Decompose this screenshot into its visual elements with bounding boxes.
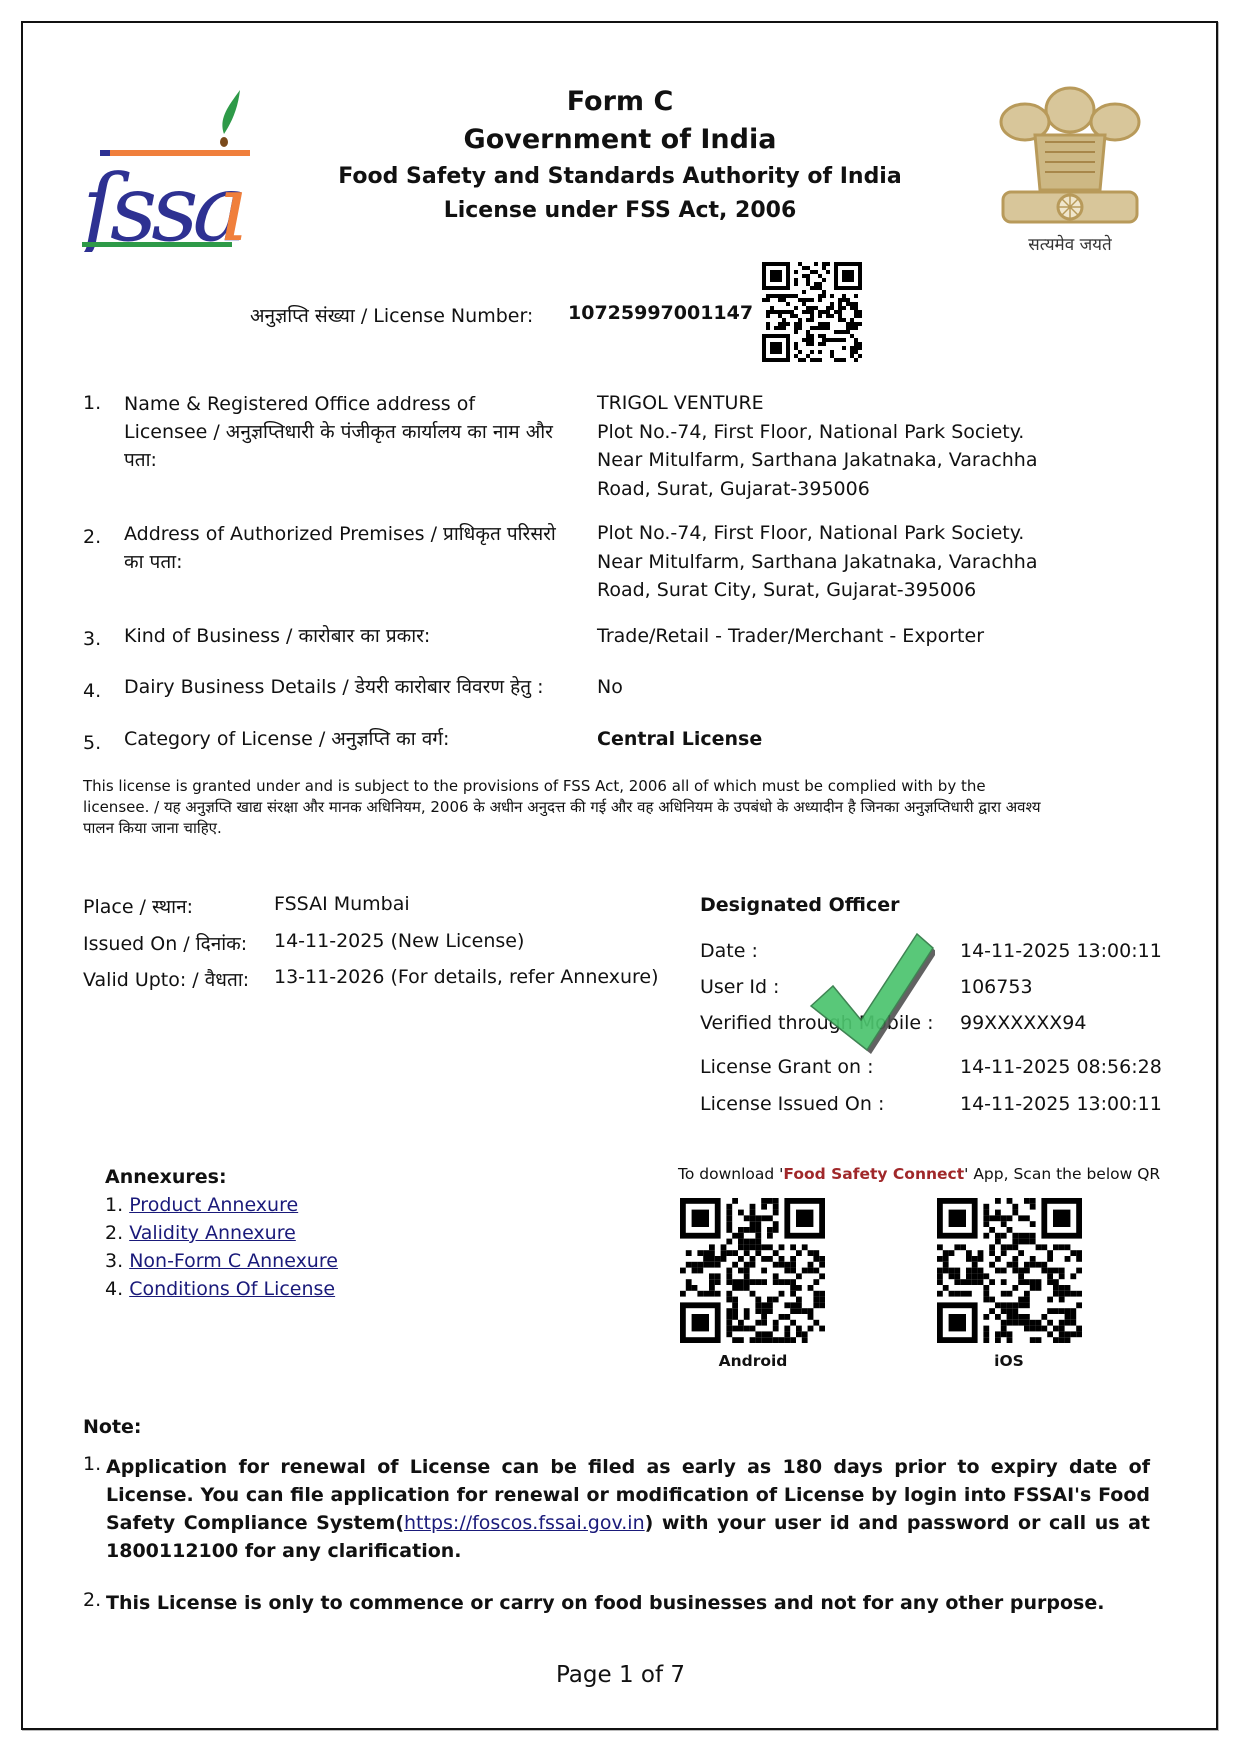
license-number: 10725997001147 <box>568 302 753 324</box>
annexure-num: 4. <box>105 1278 123 1300</box>
note-renewal: Application for renewal of License can b… <box>106 1453 1150 1565</box>
do-issued-value: 14-11-2025 13:00:11 <box>960 1093 1162 1115</box>
licensee-name: TRIGOL VENTURE <box>597 389 1077 418</box>
do-grant-value: 14-11-2025 08:56:28 <box>960 1056 1162 1078</box>
place-value: FSSAI Mumbai <box>274 893 410 915</box>
note-title: Note: <box>83 1416 142 1438</box>
form-title: Form C <box>320 86 920 117</box>
issued-on-label: Issued On / दिनांक: <box>83 930 247 956</box>
detail-num-3: 3. <box>83 628 101 650</box>
note-num-1: 1. <box>83 1453 101 1475</box>
android-label: Android <box>678 1352 828 1370</box>
address-line: Road, Surat City, Surat, Gujarat-395006 <box>597 576 1077 605</box>
detail-value-business-kind: Trade/Retail - Trader/Merchant - Exporte… <box>597 622 1077 651</box>
ios-label: iOS <box>934 1352 1084 1370</box>
annexure-item: 3. Non-Form C Annexure <box>105 1250 338 1272</box>
detail-value-licensee: TRIGOL VENTURE Plot No.-74, First Floor,… <box>597 389 1077 503</box>
act-title: License under FSS Act, 2006 <box>320 198 920 223</box>
address-line: Road, Surat, Gujarat-395006 <box>597 475 1077 504</box>
detail-num-1: 1. <box>83 392 101 414</box>
do-date-value: 14-11-2025 13:00:11 <box>960 940 1162 962</box>
detail-value-dairy: No <box>597 673 1077 702</box>
detail-label-dairy: Dairy Business Details / डेयरी कारोबार व… <box>124 673 584 701</box>
address-line: Plot No.-74, First Floor, National Park … <box>597 519 1077 548</box>
valid-upto-label: Valid Upto: / वैधता: <box>83 966 249 992</box>
address-line: Near Mitulfarm, Sarthana Jakatnaka, Vara… <box>597 548 1077 577</box>
caption-prefix: To download ' <box>678 1165 783 1183</box>
detail-label-business-kind: Kind of Business / कारोबार का प्रकार: <box>124 622 564 650</box>
do-date-label: Date : <box>700 940 758 962</box>
ios-qr-code[interactable] <box>937 1198 1082 1343</box>
verified-check-icon <box>795 920 935 1065</box>
caption-suffix: ' App, Scan the below QR <box>964 1165 1160 1183</box>
product-annexure-link[interactable]: Product Annexure <box>129 1194 298 1216</box>
detail-value-premises: Plot No.-74, First Floor, National Park … <box>597 519 1077 605</box>
national-emblem: सत्यमेव जयते <box>985 80 1155 255</box>
license-number-label: अनुज्ञप्ति संख्या / License Number: <box>250 302 533 328</box>
fssai-logo: ſssa ı <box>80 82 250 252</box>
detail-label-category: Category of License / अनुज्ञप्ति का वर्ग… <box>124 725 564 753</box>
detail-num-4: 4. <box>83 680 101 702</box>
authority-title: Food Safety and Standards Authority of I… <box>320 164 920 189</box>
address-line: Near Mitulfarm, Sarthana Jakatnaka, Vara… <box>597 446 1077 475</box>
do-user-id-value: 106753 <box>960 976 1033 998</box>
valid-upto-value: 13-11-2026 (For details, refer Annexure) <box>274 966 659 988</box>
place-label: Place / स्थान: <box>83 893 193 919</box>
note-purpose: This License is only to commence or carr… <box>106 1589 1150 1617</box>
non-form-c-annexure-link[interactable]: Non-Form C Annexure <box>129 1250 338 1272</box>
page-number: Page 1 of 7 <box>0 1662 1241 1688</box>
annexure-num: 2. <box>105 1222 123 1244</box>
license-qr-code[interactable] <box>762 262 862 362</box>
svg-text:ı: ı <box>218 155 247 252</box>
detail-num-5: 5. <box>83 732 101 754</box>
note-num-2: 2. <box>83 1589 101 1611</box>
annexure-item: 2. Validity Annexure <box>105 1222 296 1244</box>
foscos-link[interactable]: https://foscos.fssai.gov.in <box>404 1512 645 1534</box>
app-name: Food Safety Connect <box>783 1165 964 1183</box>
annexure-item: 4. Conditions Of License <box>105 1278 335 1300</box>
annexure-num: 1. <box>105 1194 123 1216</box>
annexure-item: 1. Product Annexure <box>105 1194 298 1216</box>
annexures-title: Annexures: <box>105 1166 227 1188</box>
do-user-id-label: User Id : <box>700 976 779 998</box>
do-mobile-value: 99XXXXXX94 <box>960 1012 1086 1034</box>
license-disclaimer: This license is granted under and is sub… <box>83 776 1043 839</box>
designated-officer-title: Designated Officer <box>700 894 899 916</box>
annexure-num: 3. <box>105 1250 123 1272</box>
validity-annexure-link[interactable]: Validity Annexure <box>129 1222 296 1244</box>
detail-label-premises: Address of Authorized Premises / प्राधिक… <box>124 520 564 576</box>
conditions-of-license-link[interactable]: Conditions Of License <box>129 1278 335 1300</box>
do-issued-label: License Issued On : <box>700 1093 884 1115</box>
emblem-motto: सत्यमेव जयते <box>985 232 1155 255</box>
app-download-caption: To download 'Food Safety Connect' App, S… <box>678 1165 1160 1183</box>
address-line: Plot No.-74, First Floor, National Park … <box>597 418 1077 447</box>
issued-on-value: 14-11-2025 (New License) <box>274 930 524 952</box>
detail-value-category: Central License <box>597 725 1077 754</box>
detail-num-2: 2. <box>83 526 101 548</box>
android-qr-code[interactable] <box>680 1198 825 1343</box>
detail-label-licensee: Name & Registered Office address of Lice… <box>124 390 564 474</box>
government-title: Government of India <box>320 124 920 155</box>
